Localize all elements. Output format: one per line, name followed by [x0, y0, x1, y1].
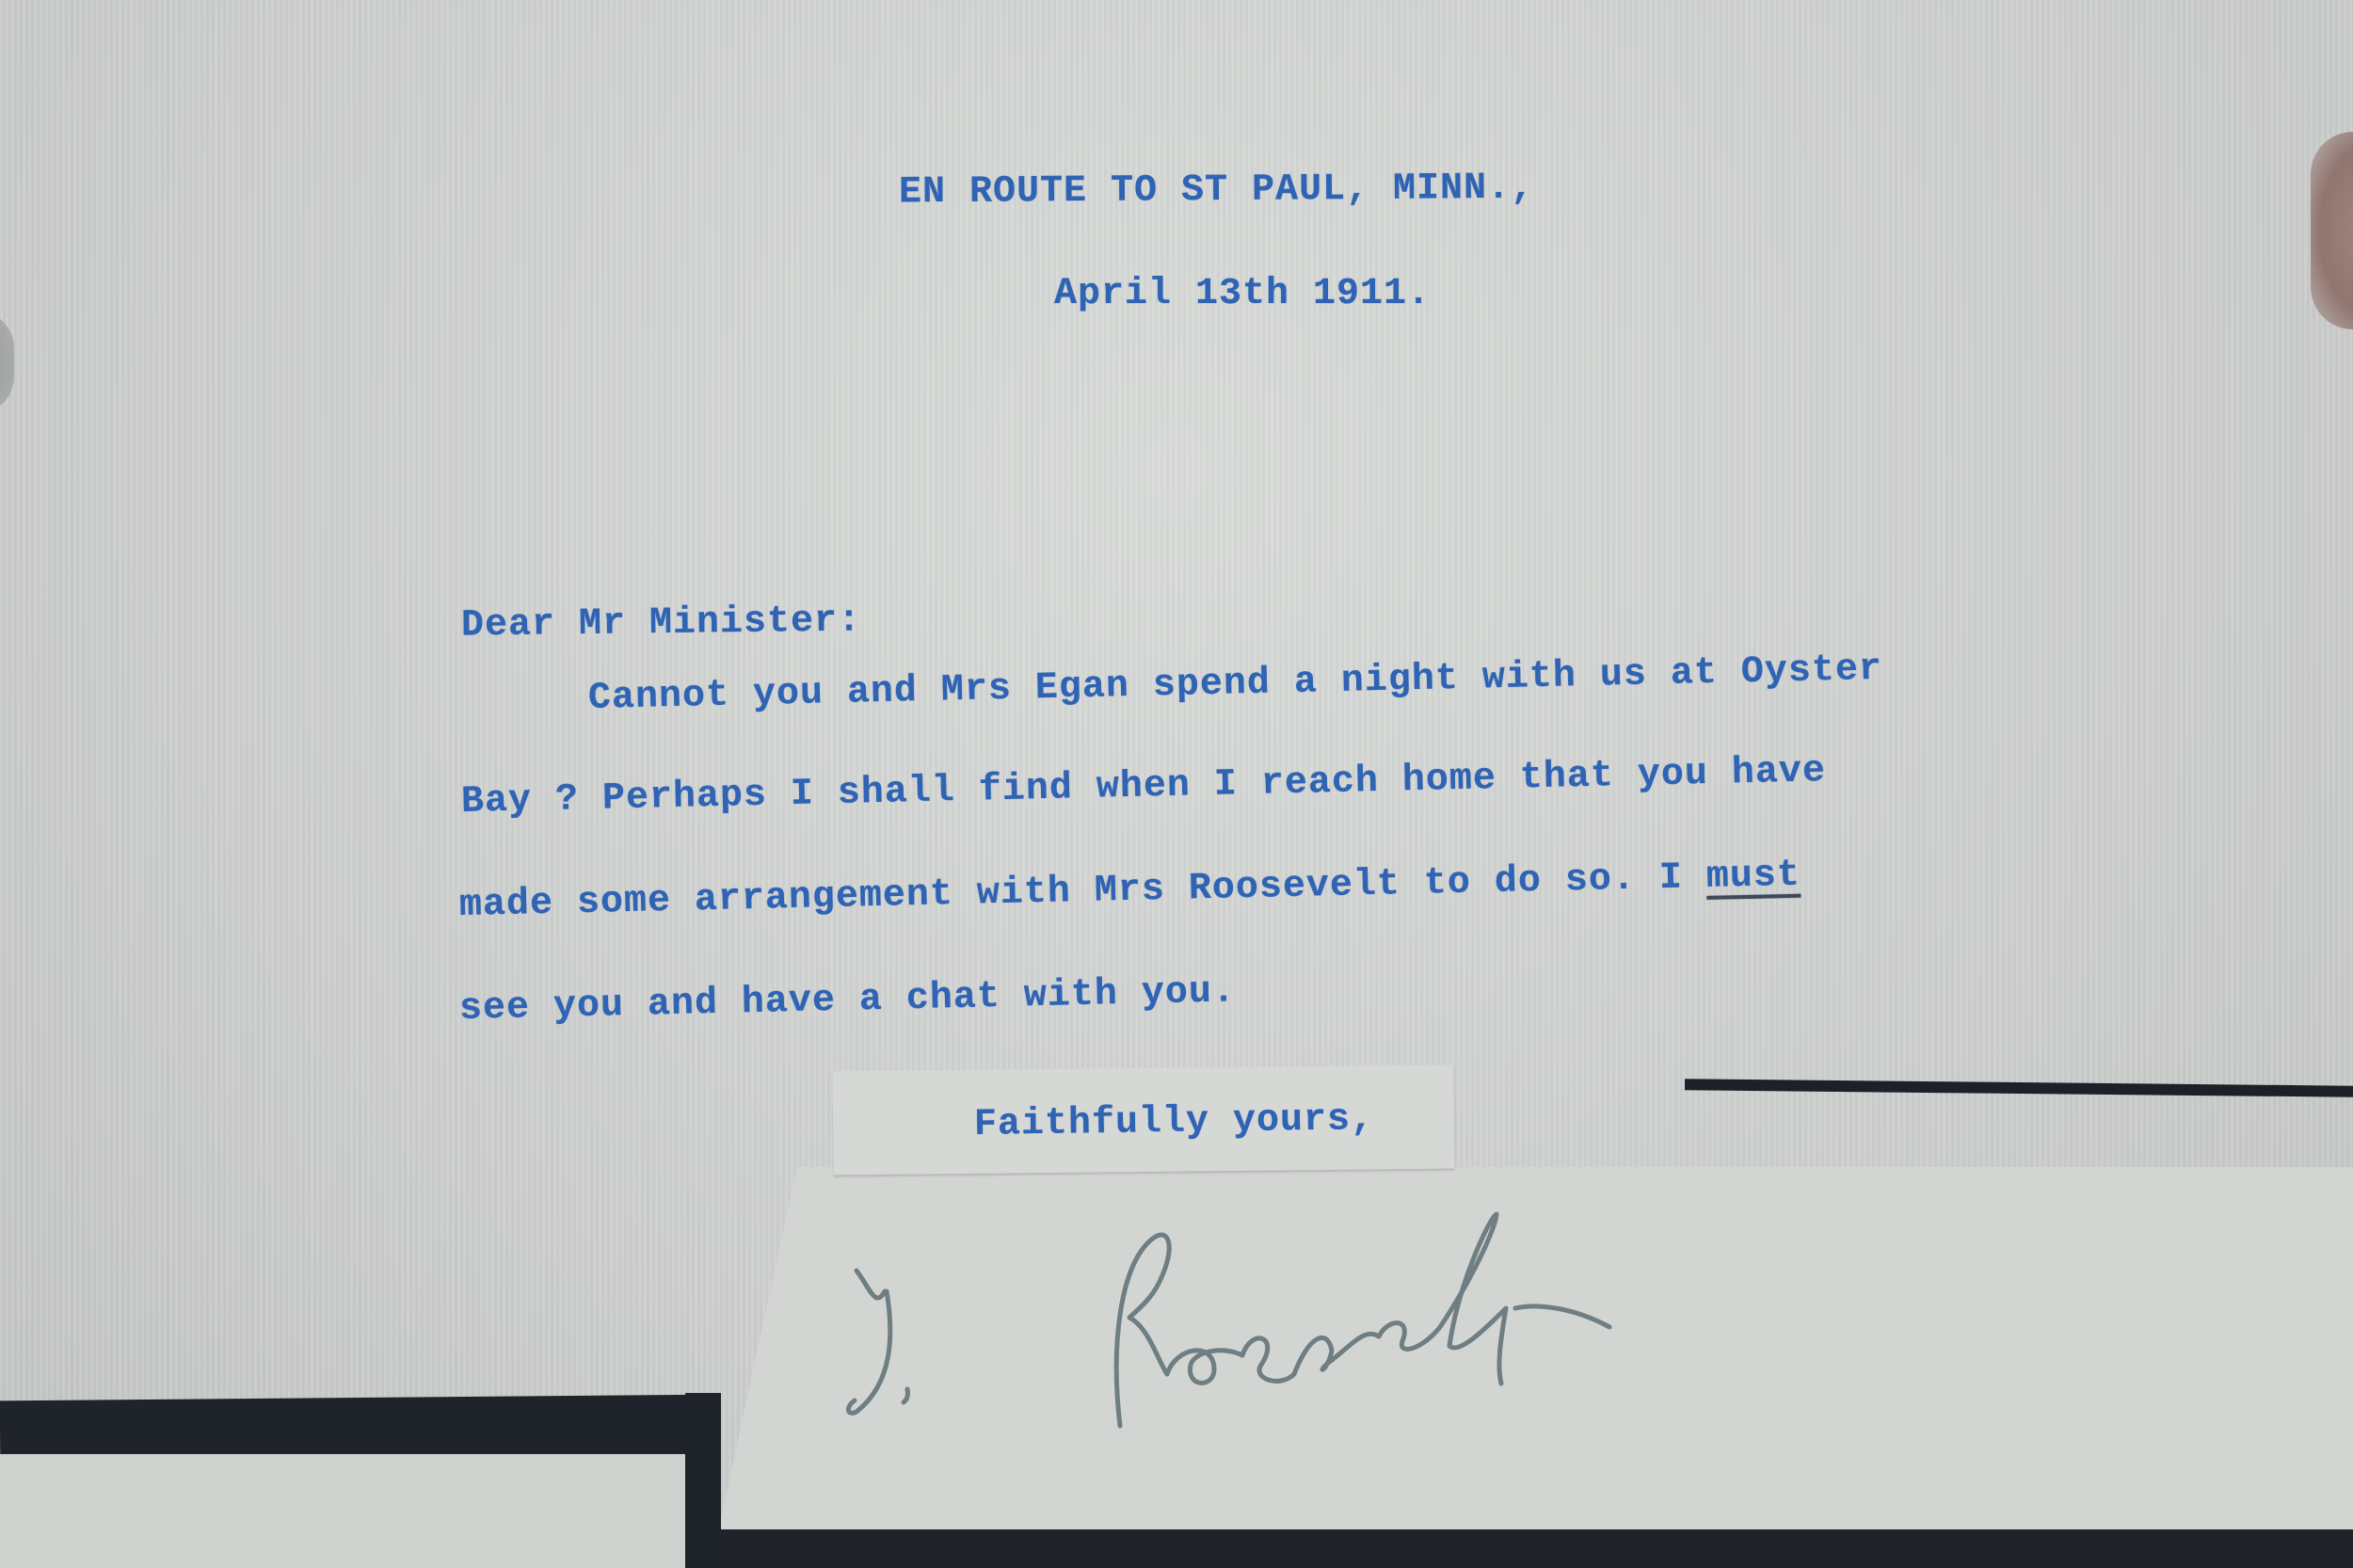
black-mount-left-bar: [0, 1395, 720, 1463]
letter-salutation: Dear Mr Minister:: [461, 600, 862, 647]
thumb-holding-frame: [2311, 132, 2353, 329]
black-mount-left-vertical: [685, 1393, 721, 1568]
letter-closing: Faithfully yours,: [974, 1098, 1375, 1146]
underlined-word: must: [1705, 855, 1801, 899]
lower-card: [0, 1454, 685, 1568]
letter-date: April 13th 1911.: [1054, 273, 1431, 315]
handwritten-signature: [838, 1186, 2127, 1449]
letter-location-heading: EN ROUTE TO ST PAUL, MINN.,: [899, 168, 1534, 215]
black-mount-bottom-edge: [720, 1529, 2353, 1568]
